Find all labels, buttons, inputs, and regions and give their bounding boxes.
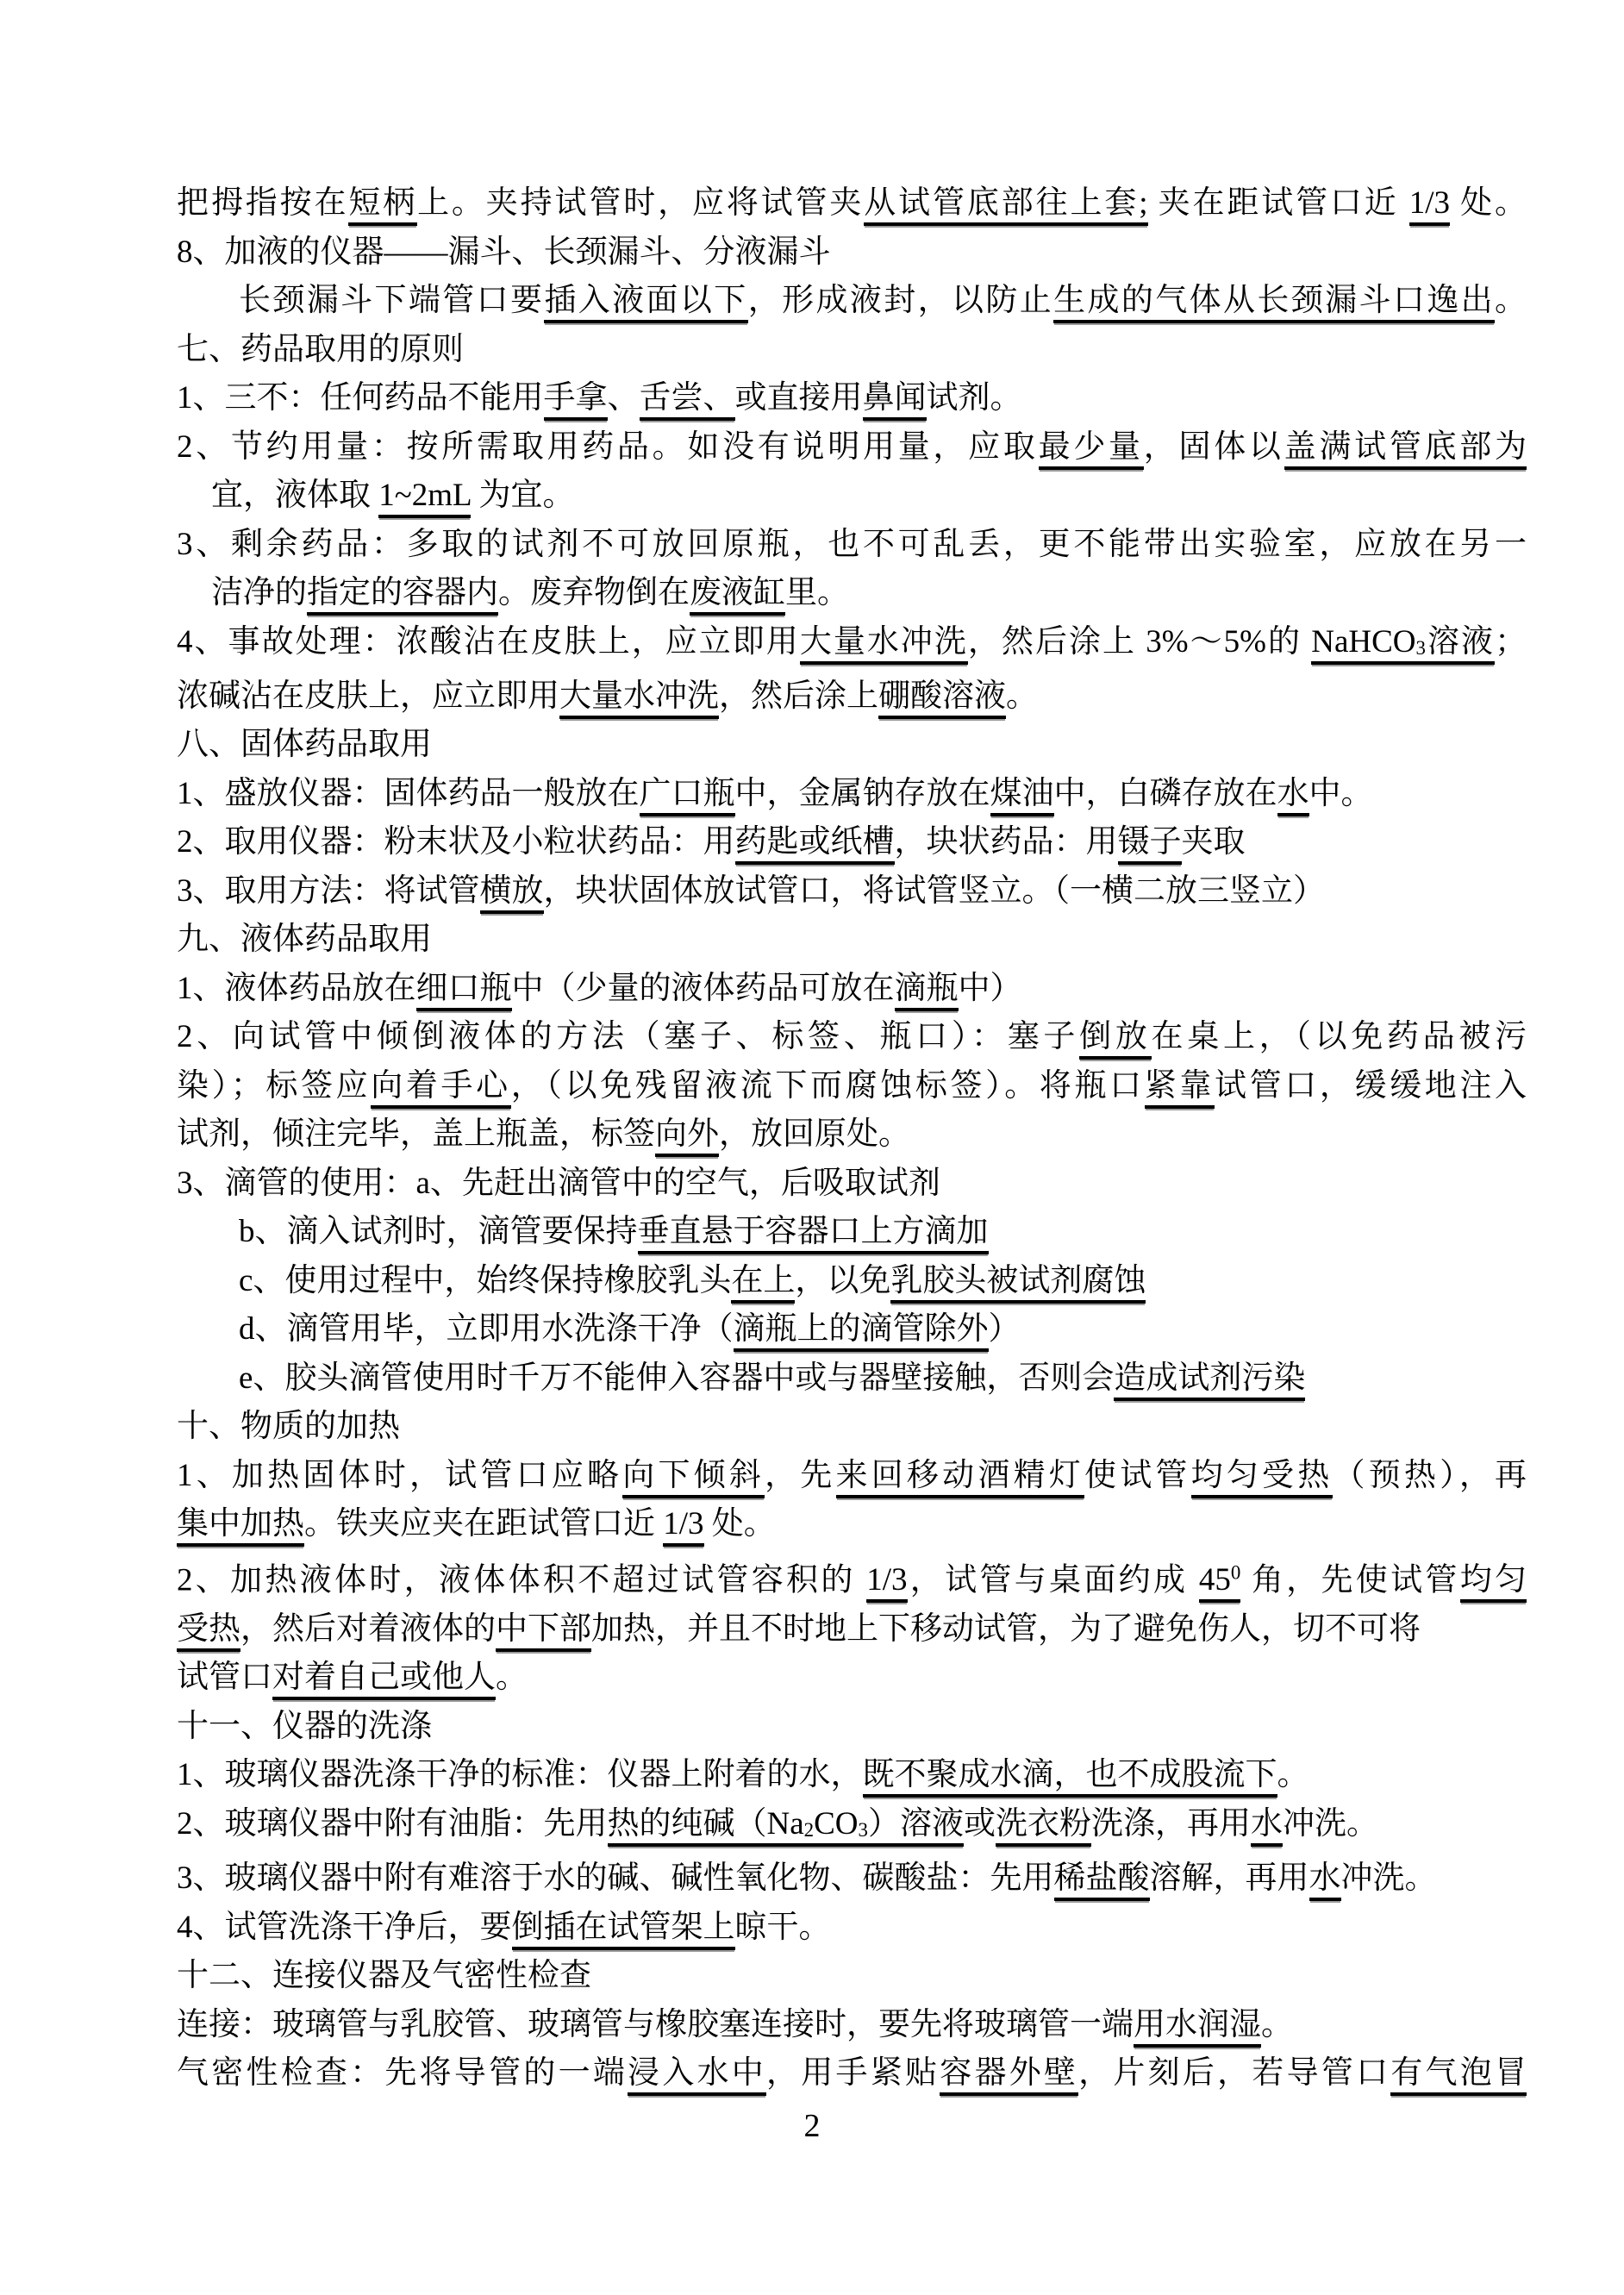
text-run: 1、盛放仪器：固体药品一般放在 — [177, 776, 640, 811]
text-line: 3、取用方法：将试管横放，块状固体放试管口，将试管竖立。（一横二放三竖立） — [177, 867, 1527, 916]
underlined-text: 垂直悬于容器口上方滴加 — [638, 1214, 989, 1254]
text-run: d、滴管用毕，立即用水洗涤干净（ — [239, 1311, 734, 1347]
page-number: 2 — [0, 2107, 1624, 2145]
text-run: 。 — [1006, 678, 1038, 714]
text-run: 2、取用仪器：粉末状及小粒状药品：用 — [177, 824, 735, 860]
underlined-text: 硼酸溶液 — [878, 678, 1006, 719]
text-run: 晾干。 — [735, 1910, 831, 1945]
underlined-text: 向着手心 — [371, 1068, 511, 1109]
document-page: 把拇指按在短柄上。夹持试管时，应将试管夹从试管底部往上套; 夹在距试管口近 1/… — [0, 0, 1624, 2295]
underlined-text: 造成试剂污染 — [1114, 1360, 1305, 1401]
text-line: 连接：玻璃管与乳胶管、玻璃管与橡胶塞连接时，要先将玻璃管一端用水润湿。 — [177, 2001, 1527, 2050]
text-run: 4、事故处理：浓酸沾在皮肤上，应立即用 — [177, 624, 800, 660]
text-line: e、胶头滴管使用时千万不能伸入容器中或与器壁接触，否则会造成试剂污染 — [177, 1354, 1527, 1404]
text-line: c、使用过程中，始终保持橡胶乳头在上，以免乳胶头被试剂腐蚀 — [177, 1257, 1527, 1306]
underlined-text: 均匀 — [1460, 1562, 1527, 1603]
text-run: 1、三不：任何药品不能用 — [177, 380, 544, 416]
text-line: 8、加液的仪器——漏斗、长颈漏斗、分液漏斗 — [177, 228, 1527, 278]
text-run: 加热，并且不时地上下移动试管，为了避免伤人，切不可将 — [591, 1611, 1421, 1647]
text-line: 十、物质的加热 — [177, 1403, 1527, 1452]
text-line: b、滴入试剂时，滴管要保持垂直悬于容器口上方滴加 — [177, 1208, 1527, 1257]
underlined-text: 指定的容器内 — [307, 575, 498, 616]
text-run: 2、玻璃仪器中附有油脂：先用 — [177, 1806, 608, 1842]
text-run: 夹取 — [1182, 824, 1246, 860]
text-run: ，片刻后，若导管口 — [1078, 2055, 1390, 2091]
text-line: d、滴管用毕，立即用水洗涤干净（滴瓶上的滴管除外） — [177, 1305, 1527, 1354]
text-line: 1、盛放仪器：固体药品一般放在广口瓶中，金属钠存放在煤油中，白磷存放在水中。 — [177, 770, 1527, 819]
text-run: 洗涤，再用 — [1091, 1806, 1251, 1842]
underlined-text: 洗衣粉 — [996, 1806, 1091, 1847]
text-run: ，固体以 — [1144, 429, 1284, 465]
underlined-text: 容器外壁 — [940, 2055, 1078, 2096]
text-run: 在桌上，（以免药品被污 — [1152, 1019, 1527, 1054]
text-line: 受热，然后对着液体的中下部加热，并且不时地上下移动试管，为了避免伤人，切不可将 — [177, 1605, 1527, 1654]
underlined-text: 水 — [1277, 776, 1309, 816]
text-run: 1、玻璃仪器洗涤干净的标准：仪器上附着的水， — [177, 1757, 863, 1792]
text-run: 处。 — [704, 1506, 776, 1541]
text-run: ，以免 — [795, 1263, 890, 1298]
text-run: 。 — [1495, 283, 1527, 318]
underlined-text: 最少量 — [1039, 429, 1144, 470]
text-line: 集中加热。铁夹应夹在距试管口近 1/3 处。 — [177, 1500, 1527, 1549]
text-run: 试剂。 — [927, 380, 1022, 416]
text-line: 1、液体药品放在细口瓶中（少量的液体药品可放在滴瓶中） — [177, 965, 1527, 1014]
text-run: 十、物质的加热 — [177, 1409, 400, 1444]
text-line: 1、玻璃仪器洗涤干净的标准：仪器上附着的水，既不聚成水滴，也不成股流下。 — [177, 1751, 1527, 1800]
text-run: 3、取用方法：将试管 — [177, 873, 480, 909]
text-run: e、胶头滴管使用时千万不能伸入容器中或与器壁接触，否则会 — [239, 1360, 1114, 1396]
text-run: 1、液体药品放在 — [177, 971, 416, 1006]
text-run: 气密性检查：先将导管的一端 — [177, 2055, 628, 2091]
text-run: 上。夹持试管时，应将试管夹 — [417, 185, 864, 221]
underlined-text: 有气泡冒 — [1390, 2055, 1527, 2096]
text-run: ，放回原处。 — [719, 1116, 910, 1152]
underlined-text: 药匙或纸槽 — [735, 824, 895, 865]
text-run: 。 — [496, 1660, 528, 1695]
text-run: 洁净的 — [211, 575, 307, 610]
text-run: 为宜。 — [471, 478, 574, 513]
subscript: 3 — [1416, 636, 1426, 658]
text-run: 3、滴管的使用：a、先赶出滴管中的空气，后吸取试剂 — [177, 1166, 940, 1201]
text-run: 或 — [964, 1806, 996, 1842]
text-run: 长颈漏斗下端管口要 — [239, 283, 544, 318]
underlined-text: 倒插在试管架上 — [512, 1910, 735, 1950]
text-run: 把拇指按在 — [177, 185, 348, 221]
text-run: 2、加热液体时，液体体积不超过试管容积的 — [177, 1562, 866, 1598]
superscript: 0 — [1231, 1562, 1240, 1584]
underlined-text: 紧靠 — [1145, 1068, 1215, 1109]
underlined-text: 短柄 — [348, 185, 417, 226]
text-run: 七、药品取用的原则 — [177, 332, 464, 367]
text-line: 2、加热液体时，液体体积不超过试管容积的 1/3，试管与桌面约成 450 角，先… — [177, 1549, 1527, 1605]
underlined-text: 广口瓶 — [640, 776, 735, 816]
text-line: 宜，液体取 1~2mL 为宜。 — [177, 472, 1527, 521]
text-run: 。铁夹应夹在距试管口近 — [304, 1506, 663, 1541]
underlined-text: 来回移动酒精灯 — [836, 1458, 1084, 1498]
text-run: b、滴入试剂时，滴管要保持 — [239, 1214, 638, 1249]
text-run: 冲洗。 — [1341, 1860, 1437, 1896]
text-run: ，然后对着液体的 — [240, 1611, 496, 1647]
text-run: 中，金属钠存放在 — [735, 776, 990, 811]
text-line: 3、剩余药品：多取的试剂不可放回原瓶，也不可乱丢，更不能带出实验室，应放在另一 — [177, 521, 1527, 570]
subscript: 3 — [859, 1819, 868, 1841]
underlined-text: 浸入水中 — [628, 2055, 766, 2096]
text-run: 使试管 — [1084, 1458, 1191, 1493]
text-line: 1、加热固体时，试管口应略向下倾斜，先来回移动酒精灯使试管均匀受热（预热），再 — [177, 1452, 1527, 1501]
underlined-text: 倒放 — [1079, 1019, 1151, 1060]
underlined-text: 从试管底部往上套; — [864, 185, 1147, 226]
underlined-text: 均匀受热 — [1191, 1458, 1334, 1498]
text-line: 试剂，倾注完毕，盖上瓶盖，标签向外，放回原处。 — [177, 1110, 1527, 1160]
text-line: 染）；标签应向着手心，（以免残留液流下而腐蚀标签）。将瓶口紧靠试管口，缓缓地注入 — [177, 1062, 1527, 1111]
underlined-text: 既不聚成水滴，也不成股流下 — [863, 1757, 1277, 1798]
underlined-text: 细口瓶 — [416, 971, 512, 1011]
underlined-text: 滴瓶上的滴管除外 — [734, 1311, 989, 1352]
underlined-text: 1/3 — [1409, 185, 1450, 226]
text-run: 4、试管洗涤干净后，要 — [177, 1910, 512, 1945]
underlined-text: 向下倾斜 — [622, 1458, 765, 1498]
underlined-text: 生成的气体从长颈漏斗口逸出 — [1053, 283, 1495, 323]
underlined-text: 镊子 — [1118, 824, 1182, 865]
underlined-text: 废液缸 — [690, 575, 785, 616]
text-run: ，试管与桌面约成 — [908, 1562, 1199, 1598]
text-line: 2、玻璃仪器中附有油脂：先用热的纯碱（Na2CO3）溶液或洗衣粉洗涤，再用水冲洗… — [177, 1800, 1527, 1854]
text-line: 2、向试管中倾倒液体的方法（塞子、标签、瓶口）：塞子倒放在桌上，（以免药品被污 — [177, 1013, 1527, 1062]
text-line: 长颈漏斗下端管口要插入液面以下，形成液封，以防止生成的气体从长颈漏斗口逸出。 — [177, 277, 1527, 326]
text-line: 4、事故处理：浓酸沾在皮肤上，应立即用大量水冲洗，然后涂上 3%～5%的 NaH… — [177, 618, 1527, 672]
text-line: 洁净的指定的容器内。废弃物倒在废液缸里。 — [177, 569, 1527, 618]
text-line: 把拇指按在短柄上。夹持试管时，应将试管夹从试管底部往上套; 夹在距试管口近 1/… — [177, 179, 1527, 228]
text-line: 2、节约用量：按所需取用药品。如没有说明用量，应取最少量，固体以盖满试管底部为 — [177, 423, 1527, 472]
text-run: 或直接用 — [735, 380, 863, 416]
underlined-text: 中下部 — [496, 1611, 591, 1652]
text-run: ，然后涂上 3%～5%的 — [968, 624, 1311, 660]
text-run: ，形成液封，以防止 — [748, 283, 1053, 318]
text-run: 中。 — [1309, 776, 1373, 811]
underlined-text: 盖满试管底部为 — [1284, 429, 1527, 470]
underlined-text: 1/3 — [866, 1562, 907, 1603]
text-line: 4、试管洗涤干净后，要倒插在试管架上晾干。 — [177, 1904, 1527, 1953]
text-run: 十二、连接仪器及气密性检查 — [177, 1958, 591, 1993]
text-line: 气密性检查：先将导管的一端浸入水中，用手紧贴容器外壁，片刻后，若导管口有气泡冒 — [177, 2049, 1527, 2098]
text-line: 3、玻璃仪器中附有难溶于水的碱、碱性氧化物、碳酸盐：先用稀盐酸溶解，再用水冲洗。 — [177, 1854, 1527, 1904]
underlined-text: 舌尝、 — [640, 380, 735, 421]
underlined-text: 大量水冲洗 — [800, 624, 968, 665]
text-run: 3、剩余药品：多取的试剂不可放回原瓶，也不可乱丢，更不能带出实验室，应放在另一 — [177, 527, 1527, 562]
text-line: 2、取用仪器：粉末状及小粒状药品：用药匙或纸槽，块状药品：用镊子夹取 — [177, 818, 1527, 867]
text-run: 处。 — [1450, 185, 1527, 221]
text-run: 3、玻璃仪器中附有难溶于水的碱、碱性氧化物、碳酸盐：先用 — [177, 1860, 1054, 1896]
underlined-text: 大量水冲洗 — [559, 678, 719, 719]
text-run: 九、液体药品取用 — [177, 922, 432, 957]
text-run: 试管口 — [177, 1660, 272, 1695]
underlined-text: 滴瓶 — [895, 971, 959, 1011]
text-line: 十一、仪器的洗涤 — [177, 1703, 1527, 1752]
text-run: ，（以免残留液流下而腐蚀标签）。将瓶口 — [511, 1068, 1145, 1104]
text-run: 十一、仪器的洗涤 — [177, 1709, 432, 1744]
underlined-text: 水 — [1309, 1860, 1341, 1901]
underlined-text: 对着自己或他人 — [272, 1660, 496, 1700]
text-run: 染）；标签应 — [177, 1068, 371, 1104]
underlined-text: 用水润湿 — [1134, 2007, 1261, 2048]
underlined-text: 乳胶头被试剂腐蚀 — [890, 1263, 1146, 1304]
underlined-text: 450 — [1199, 1562, 1240, 1603]
text-line: 1、三不：任何药品不能用手拿、舌尝、或直接用鼻闻试剂。 — [177, 374, 1527, 423]
underlined-text: 横放 — [480, 873, 544, 914]
text-run: 中（少量的液体药品可放在 — [512, 971, 895, 1006]
underlined-text: 集中加热 — [177, 1506, 304, 1547]
underlined-text: 1/3 — [663, 1506, 703, 1547]
text-run: （预热），再 — [1333, 1458, 1527, 1493]
text-run: ，先 — [765, 1458, 835, 1493]
text-run: c、使用过程中，始终保持橡胶乳头 — [239, 1263, 731, 1298]
underlined-text: 稀盐酸 — [1054, 1860, 1150, 1901]
text-run: ，用手紧贴 — [766, 2055, 940, 2091]
underlined-text: 水 — [1251, 1806, 1283, 1847]
text-run: 角，先使试管 — [1240, 1562, 1459, 1598]
text-line: 八、固体药品取用 — [177, 721, 1527, 770]
text-run: 冲洗。 — [1283, 1806, 1378, 1842]
underlined-text: 热的纯碱（Na2CO3）溶液 — [608, 1806, 965, 1847]
text-line: 七、药品取用的原则 — [177, 326, 1527, 375]
text-run: 连接：玻璃管与乳胶管、玻璃管与橡胶塞连接时，要先将玻璃管一端 — [177, 2007, 1134, 2042]
document-body: 把拇指按在短柄上。夹持试管时，应将试管夹从试管底部往上套; 夹在距试管口近 1/… — [177, 179, 1527, 2098]
underlined-text: NaHCO3溶液 — [1311, 624, 1495, 665]
underlined-text: 鼻闻 — [863, 380, 927, 421]
text-run: 宜，液体取 — [211, 478, 378, 513]
text-line: 九、液体药品取用 — [177, 916, 1527, 965]
underlined-text: 受热 — [177, 1611, 240, 1652]
underlined-text: 手拿 — [544, 380, 608, 421]
text-run: 试管口，缓缓地注入 — [1215, 1068, 1527, 1104]
underlined-text: 在上 — [731, 1263, 795, 1304]
text-run: ； — [1495, 624, 1527, 660]
text-run: 2、向试管中倾倒液体的方法（塞子、标签、瓶口）：塞子 — [177, 1019, 1079, 1054]
text-run: 。 — [1277, 1757, 1309, 1792]
underlined-text: 插入液面以下 — [544, 283, 747, 323]
underlined-text: 煤油 — [990, 776, 1054, 816]
underlined-text: 1~2mL — [378, 478, 471, 518]
text-run: ） — [989, 1311, 1021, 1347]
text-run: 夹在距试管口近 — [1148, 185, 1409, 221]
text-run: 8、加液的仪器——漏斗、长颈漏斗、分液漏斗 — [177, 235, 831, 270]
text-line: 浓碱沾在皮肤上，应立即用大量水冲洗，然后涂上硼酸溶液。 — [177, 672, 1527, 722]
text-run: 中，白磷存放在 — [1054, 776, 1277, 811]
text-run: 。 — [1261, 2007, 1293, 2042]
text-line: 十二、连接仪器及气密性检查 — [177, 1952, 1527, 2001]
text-run: 中） — [959, 971, 1022, 1006]
text-run: 浓碱沾在皮肤上，应立即用 — [177, 678, 559, 714]
subscript: 2 — [804, 1819, 814, 1841]
text-run: 试剂，倾注完毕，盖上瓶盖，标签 — [177, 1116, 655, 1152]
text-run: 八、固体药品取用 — [177, 727, 432, 762]
text-run: 、 — [608, 380, 640, 416]
text-run: ，块状药品：用 — [895, 824, 1118, 860]
text-run: 1、加热固体时，试管口应略 — [177, 1458, 622, 1493]
text-line: 3、滴管的使用：a、先赶出滴管中的空气，后吸取试剂 — [177, 1160, 1527, 1209]
text-run: ，块状固体放试管口，将试管竖立。（一横二放三竖立） — [544, 873, 1326, 909]
text-line: 试管口对着自己或他人。 — [177, 1654, 1527, 1703]
text-run: ，然后涂上 — [719, 678, 878, 714]
text-run: 。废弃物倒在 — [498, 575, 690, 610]
text-run: 里。 — [785, 575, 849, 610]
text-run: 溶解，再用 — [1150, 1860, 1309, 1896]
underlined-text: 向外 — [655, 1116, 719, 1157]
text-run: 2、节约用量：按所需取用药品。如没有说明用量，应取 — [177, 429, 1039, 465]
